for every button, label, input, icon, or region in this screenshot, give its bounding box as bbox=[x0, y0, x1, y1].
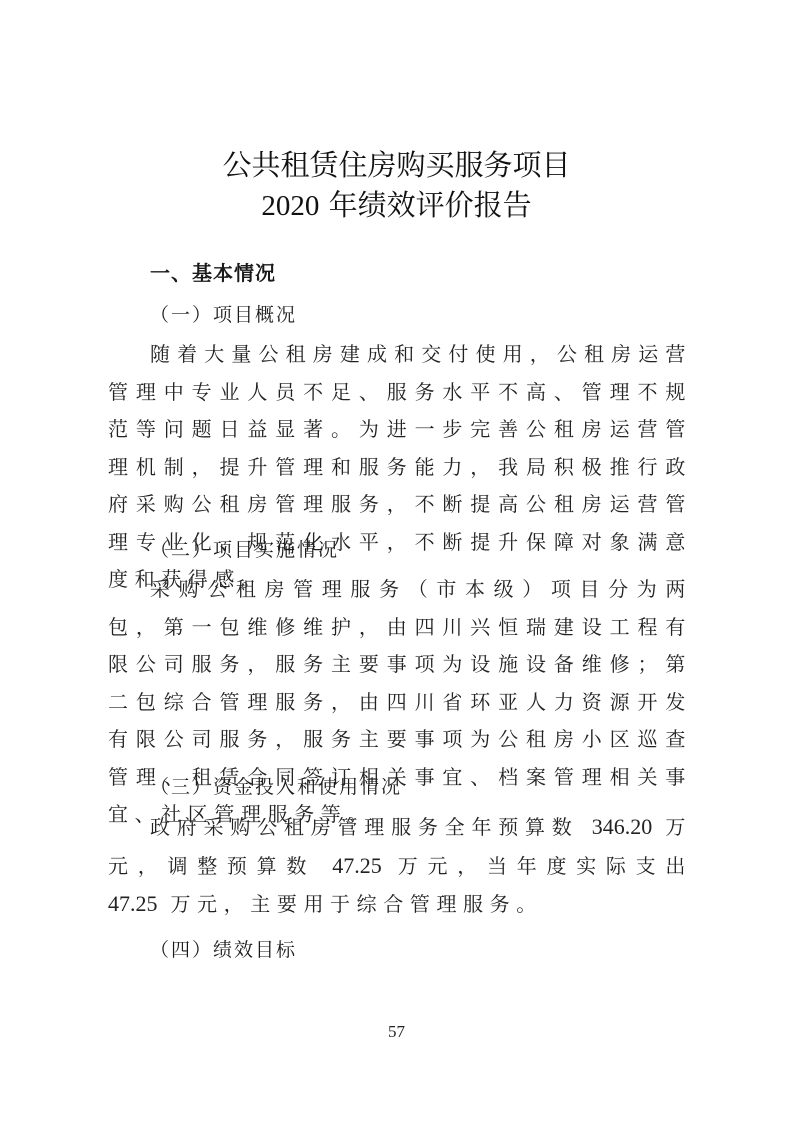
report-title-suffix: 年绩效评价报告 bbox=[319, 188, 531, 222]
subsection-heading-overview: （一）项目概况 bbox=[150, 300, 297, 327]
document-page: 公共租赁住房购买服务项目 2020 年绩效评价报告 一、基本情况 （一）项目概况… bbox=[0, 0, 793, 1122]
report-year: 2020 bbox=[261, 190, 319, 222]
funding-text: 万元，当年度实际支出 bbox=[382, 854, 692, 878]
subsection-heading-funding: （三）资金投入和使用情况 bbox=[150, 772, 402, 799]
paragraph-funding: 政府采购公租房管理服务全年预算数 346.20 万元，调整预算数 47.25 万… bbox=[108, 808, 692, 924]
annual-budget-value: 346.20 bbox=[592, 814, 653, 839]
subsection-heading-performance-goals: （四）绩效目标 bbox=[150, 935, 297, 962]
section-heading-basic-info: 一、基本情况 bbox=[150, 257, 276, 286]
funding-text: 政府采购公租房管理服务全年预算数 bbox=[150, 815, 592, 839]
subsection-heading-implementation: （二）项目实施情况 bbox=[150, 535, 339, 562]
adjusted-budget-value: 47.25 bbox=[332, 853, 382, 878]
funding-text: 万元，主要用于综合管理服务。 bbox=[158, 892, 543, 916]
page-number: 57 bbox=[0, 1022, 793, 1042]
actual-expenditure-value: 47.25 bbox=[108, 891, 158, 916]
report-title-line2: 2020 年绩效评价报告 bbox=[0, 183, 793, 224]
report-title-line1: 公共租赁住房购买服务项目 bbox=[0, 143, 793, 184]
